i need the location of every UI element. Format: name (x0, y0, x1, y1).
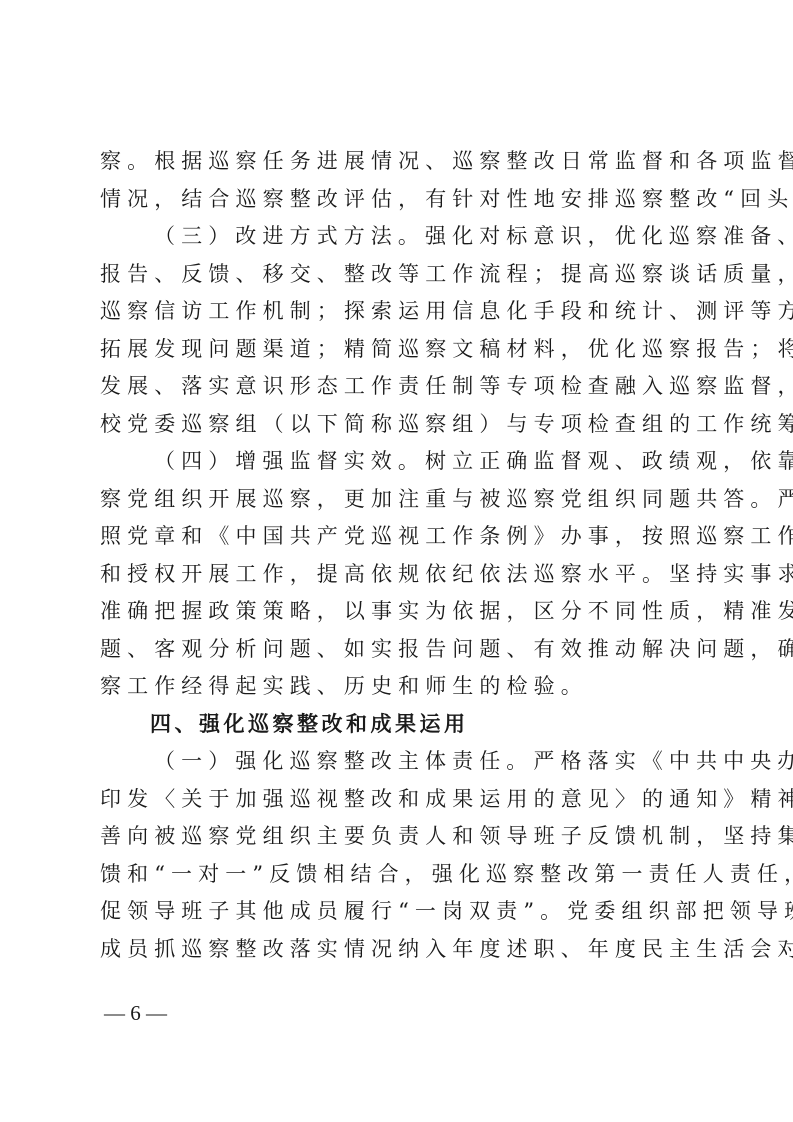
subsection-1-paragraph-start: （一）强化巡察整改主体责任。严格落实《中共中央办公厅 (100, 743, 700, 781)
document-page: 察。根据巡察任务进展情况、巡察整改日常监督和各项监督检查 情况，结合巡察整改评估… (100, 143, 700, 968)
paragraph-line: 巡察信访工作机制；探索运用信息化手段和统计、测评等方式， (100, 293, 700, 331)
paragraph-line: 促领导班子其他成员履行“一岗双责”。党委组织部把领导班子 (100, 893, 700, 931)
paragraph-line: 发展、落实意识形态工作责任制等专项检查融入巡察监督，加强 (100, 368, 700, 406)
paragraph-line: 题、客观分析问题、如实报告问题、有效推动解决问题，确保巡 (100, 631, 700, 669)
section-heading: 四、强化巡察整改和成果运用 (100, 706, 700, 744)
paragraph-line: 和授权开展工作，提高依规依纪依法巡察水平。坚持实事求是， (100, 556, 700, 594)
paragraph-line: 善向被巡察党组织主要负责人和领导班子反馈机制，坚持集中反 (100, 818, 700, 856)
paragraph-line: 照党章和《中国共产党巡视工作条例》办事，按照巡察工作方案 (100, 518, 700, 556)
paragraph-line: 察工作经得起实践、历史和师生的检验。 (100, 668, 700, 706)
section-4-paragraph-start: （四）增强监督实效。树立正确监督观、政绩观，依靠被巡 (100, 443, 700, 481)
paragraph-line: 馈和“一对一”反馈相结合，强化巡察整改第一责任人责任，督 (100, 856, 700, 894)
section-3-paragraph-start: （三）改进方式方法。强化对标意识，优化巡察准备、了解、 (100, 218, 700, 256)
paragraph-line: 情况，结合巡察整改评估，有针对性地安排巡察整改“回头看”。 (100, 181, 700, 219)
paragraph-line: 校党委巡察组（以下简称巡察组）与专项检查组的工作统筹。 (100, 406, 700, 444)
paragraph-line: 成员抓巡察整改落实情况纳入年度述职、年度民主生活会对照检 (100, 931, 700, 969)
paragraph-line: 报告、反馈、移交、整改等工作流程；提高巡察谈话质量，完善 (100, 256, 700, 294)
paragraph-line: 察党组织开展巡察，更加注重与被巡察党组织同题共答。严格按 (100, 481, 700, 519)
paragraph-line: 拓展发现问题渠道；精简巡察文稿材料，优化巡察报告；将党员 (100, 331, 700, 369)
paragraph-line: 察。根据巡察任务进展情况、巡察整改日常监督和各项监督检查 (100, 143, 700, 181)
page-number: — 6 — (104, 1001, 167, 1025)
paragraph-line: 准确把握政策策略，以事实为依据，区分不同性质，精准发现问 (100, 593, 700, 631)
paragraph-line: 印发〈关于加强巡视整改和成果运用的意见〉的通知》精神，完 (100, 781, 700, 819)
